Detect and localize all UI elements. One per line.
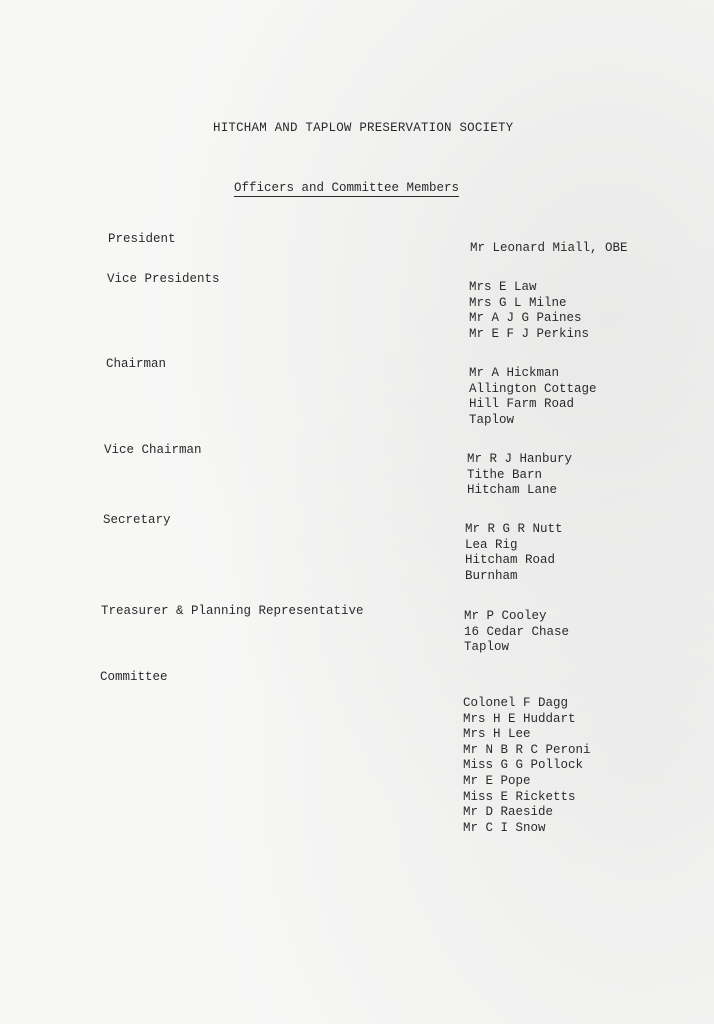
member-line: Hitcham Road	[465, 553, 563, 569]
member-line: Mr D Raeside	[463, 805, 591, 821]
role-secretary: Secretary	[103, 513, 171, 527]
role-president: President	[108, 232, 176, 246]
member-line: Mr Leonard Miall, OBE	[470, 241, 628, 257]
member-line: Mr P Cooley	[464, 609, 569, 625]
document-title: HITCHAM AND TAPLOW PRESERVATION SOCIETY	[213, 121, 513, 135]
member-line: Mr R J Hanbury	[467, 452, 572, 468]
member-line: Mr E F J Perkins	[469, 327, 589, 343]
member-line: Mrs G L Milne	[469, 296, 589, 312]
members-president: Mr Leonard Miall, OBE	[470, 241, 628, 257]
member-line: Miss G G Pollock	[463, 758, 591, 774]
members-treasurer: Mr P Cooley 16 Cedar Chase Taplow	[464, 609, 569, 656]
member-line: Tithe Barn	[467, 468, 572, 484]
member-line: Miss E Ricketts	[463, 790, 591, 806]
member-line: Mrs E Law	[469, 280, 589, 296]
member-line: Mr E Pope	[463, 774, 591, 790]
member-line: Taplow	[464, 640, 569, 656]
role-committee: Committee	[100, 670, 168, 684]
member-line: Allington Cottage	[469, 382, 597, 398]
member-line: Mr C I Snow	[463, 821, 591, 837]
document-page: HITCHAM AND TAPLOW PRESERVATION SOCIETY …	[0, 0, 714, 1024]
members-vice-chairman: Mr R J Hanbury Tithe Barn Hitcham Lane	[467, 452, 572, 499]
members-committee: Colonel F Dagg Mrs H E Huddart Mrs H Lee…	[463, 696, 591, 836]
members-secretary: Mr R G R Nutt Lea Rig Hitcham Road Burnh…	[465, 522, 563, 584]
role-treasurer: Treasurer & Planning Representative	[101, 604, 364, 618]
member-line: Mr A Hickman	[469, 366, 597, 382]
member-line: Mr A J G Paines	[469, 311, 589, 327]
member-line: Mr N B R C Peroni	[463, 743, 591, 759]
members-vice-presidents: Mrs E Law Mrs G L Milne Mr A J G Paines …	[469, 280, 589, 342]
member-line: Lea Rig	[465, 538, 563, 554]
members-chairman: Mr A Hickman Allington Cottage Hill Farm…	[469, 366, 597, 428]
role-vice-chairman: Vice Chairman	[104, 443, 202, 457]
member-line: Mrs H Lee	[463, 727, 591, 743]
role-vice-presidents: Vice Presidents	[107, 272, 220, 286]
member-line: Burnham	[465, 569, 563, 585]
member-line: Colonel F Dagg	[463, 696, 591, 712]
member-line: 16 Cedar Chase	[464, 625, 569, 641]
member-line: Mrs H E Huddart	[463, 712, 591, 728]
member-line: Mr R G R Nutt	[465, 522, 563, 538]
document-subtitle: Officers and Committee Members	[234, 181, 459, 197]
member-line: Taplow	[469, 413, 597, 429]
member-line: Hitcham Lane	[467, 483, 572, 499]
role-chairman: Chairman	[106, 357, 166, 371]
member-line: Hill Farm Road	[469, 397, 597, 413]
